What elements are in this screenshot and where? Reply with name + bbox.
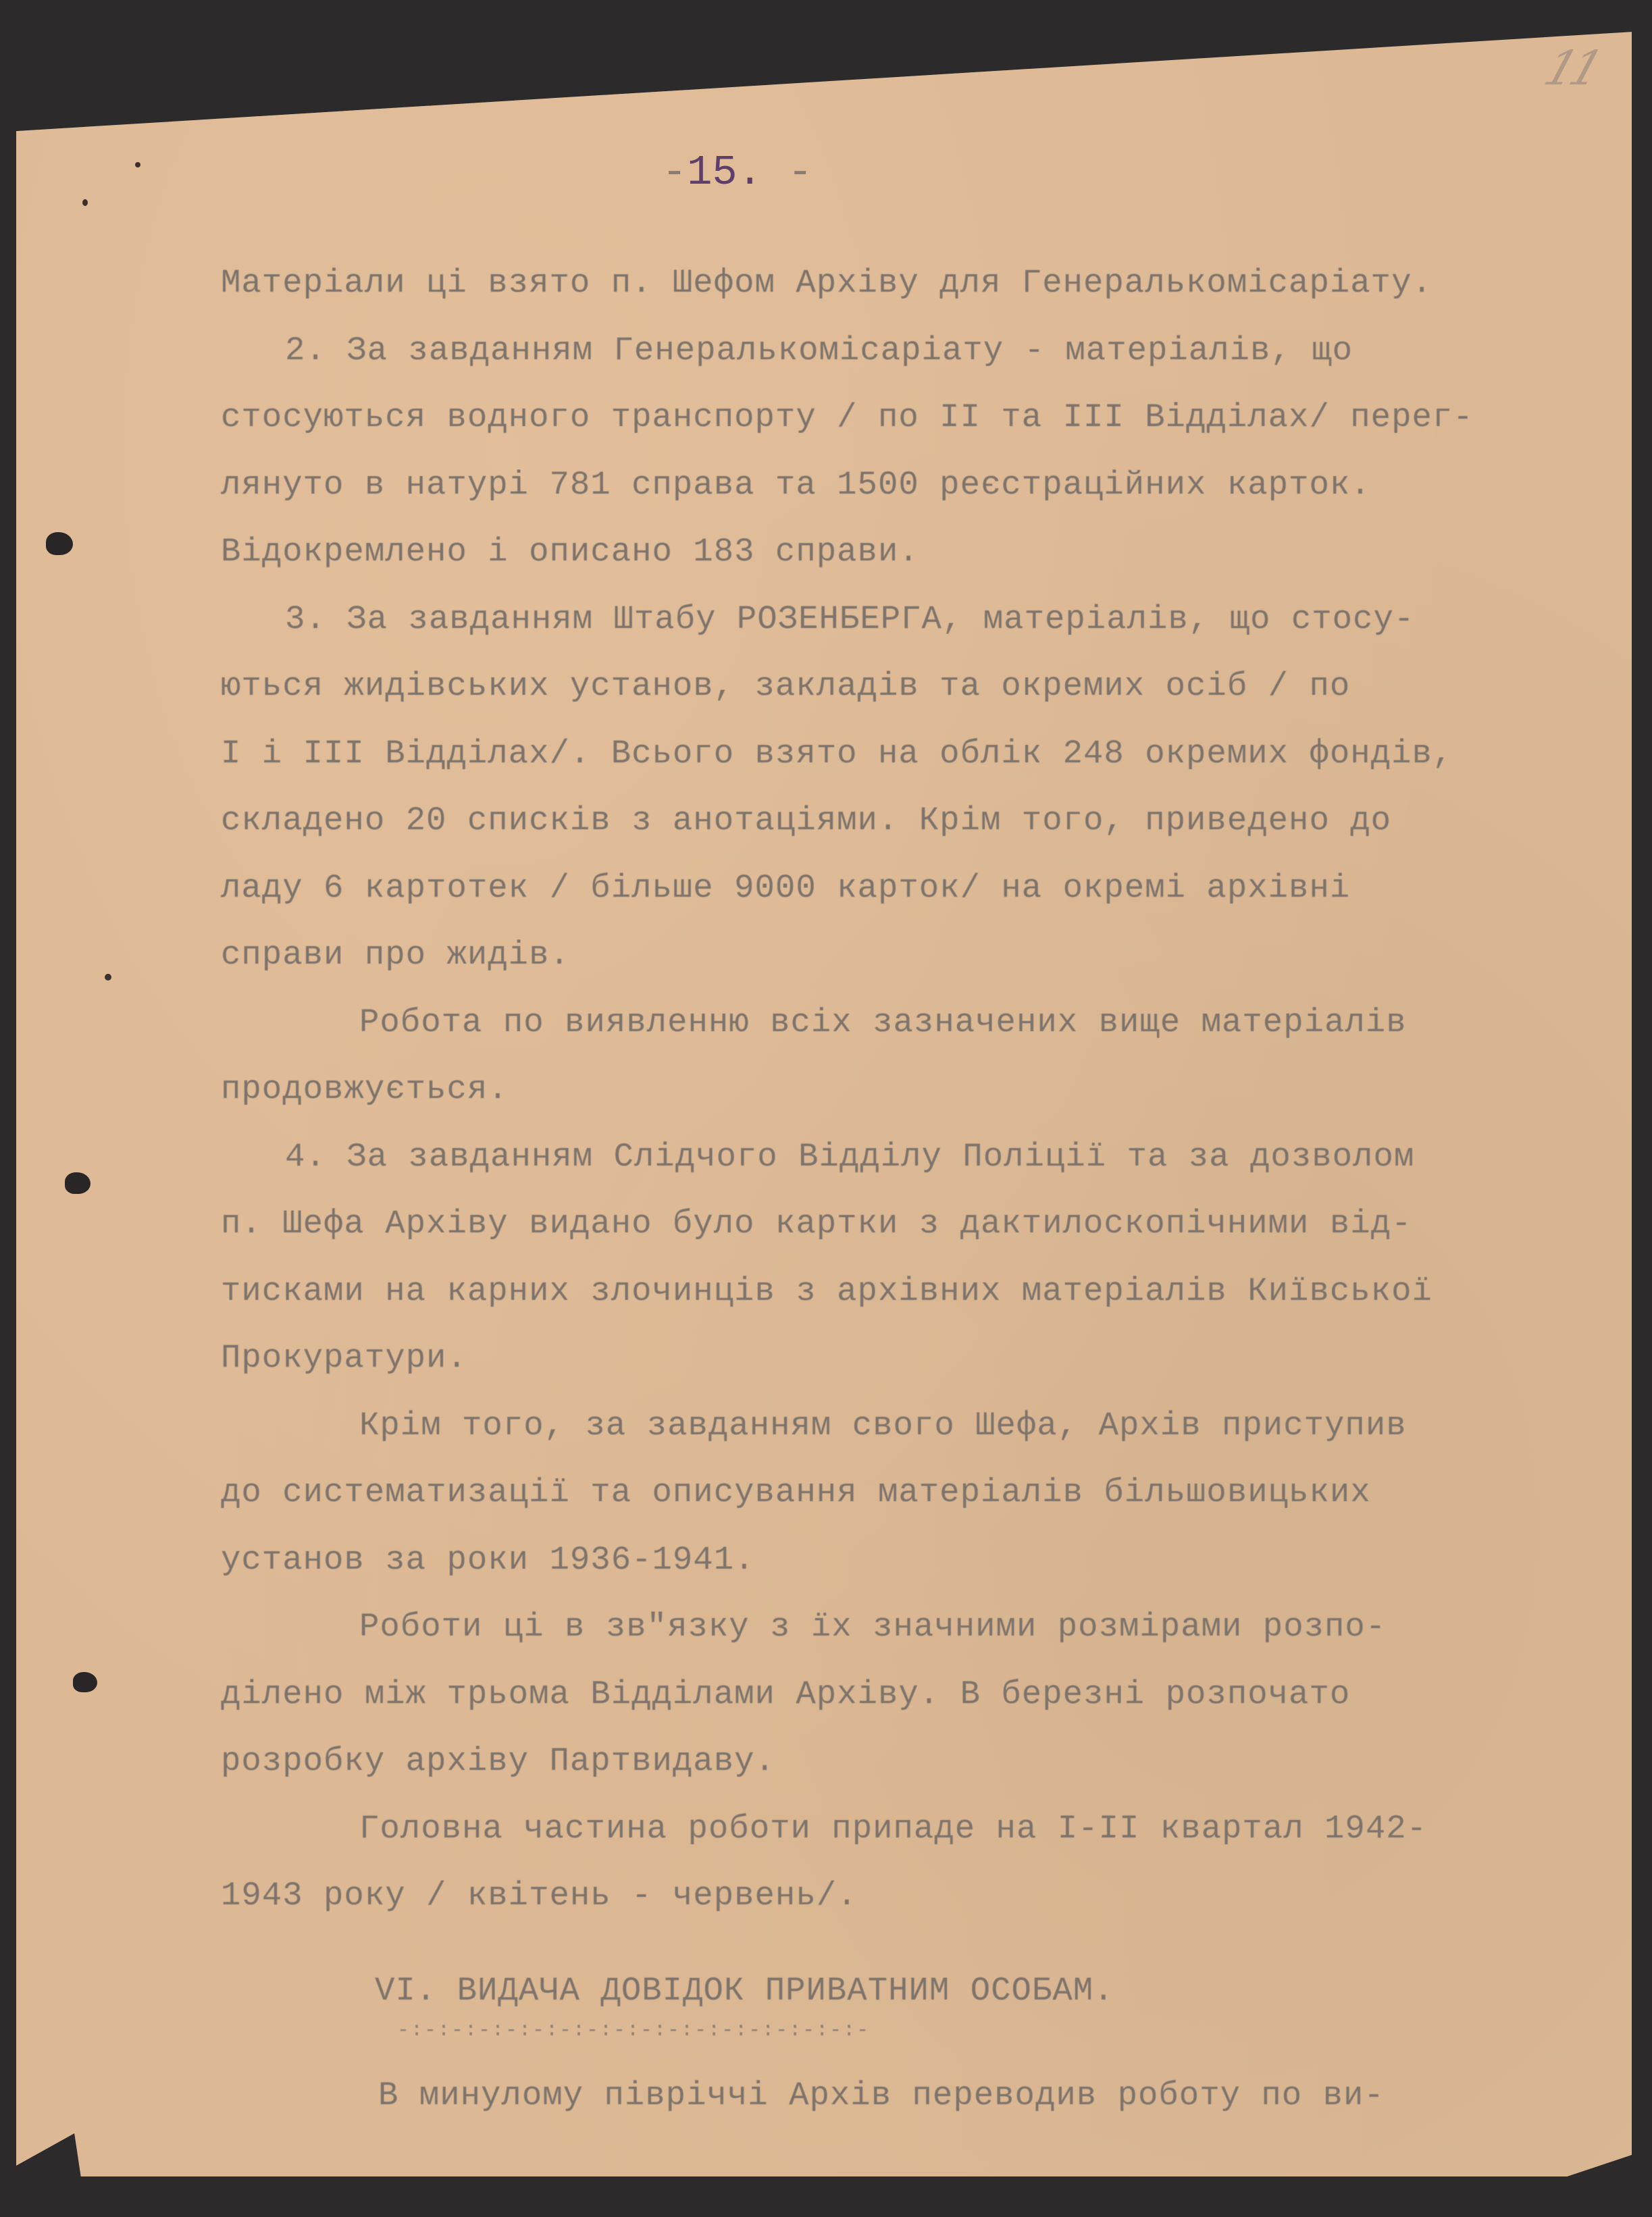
page-number-suffix: -: [788, 149, 812, 197]
binder-hole: [73, 1672, 97, 1692]
text-line: Головна частина роботи припаде на I-II к…: [221, 1796, 1605, 1863]
text-line: справи про жидів.: [221, 922, 1605, 989]
text-line: 3. За завданням Штабу РОЗЕНБЕРГА, матері…: [221, 586, 1605, 654]
page-number: -15. -: [662, 149, 812, 197]
typewritten-body: Матеріали ці взято п. Шефом Архіву для Г…: [221, 250, 1605, 1930]
binder-hole: [65, 1172, 91, 1194]
text-line: 2. За завданням Генералькомісаріату - ма…: [221, 317, 1605, 385]
text-line: лянуто в натурі 781 справа та 1500 реєст…: [221, 452, 1605, 519]
text-line: 4. За завданням Слідчого Відділу Поліції…: [221, 1124, 1605, 1191]
text-line: Матеріали ці взято п. Шефом Архіву для Г…: [221, 250, 1605, 317]
text-line: Роботи ці в зв"язку з їх значними розмір…: [221, 1594, 1605, 1661]
text-line: Крім того, за завданням свого Шефа, Архі…: [221, 1392, 1605, 1460]
paper-speck: [105, 974, 111, 981]
text-line: до систематизації та описування матеріал…: [221, 1459, 1605, 1527]
paper-speck: [135, 162, 140, 167]
text-line: ладу 6 картотек / більше 9000 карток/ на…: [221, 855, 1605, 922]
text-line: п. Шефа Архіву видано було картки з дакт…: [221, 1191, 1605, 1258]
text-line: Відокремлено і описано 183 справи.: [221, 519, 1605, 586]
page-number-value: 15.: [687, 149, 763, 197]
text-line: тисками на карних злочинців з архівних м…: [221, 1258, 1605, 1326]
text-line: Прокуратури.: [221, 1325, 1605, 1392]
text-line: продовжується.: [221, 1056, 1605, 1124]
text-line: ються жидівських установ, закладів та ок…: [221, 653, 1605, 721]
text-line: 1943 року / квітень - червень/.: [221, 1862, 1605, 1930]
text-line: стосуються водного транспорту / по II та…: [221, 384, 1605, 452]
paper-speck: [82, 199, 88, 206]
text-line: ділено між трьома Відділами Архіву. В бе…: [221, 1661, 1605, 1729]
text-line: установ за роки 1936-1941.: [221, 1527, 1605, 1594]
page-number-prefix: -: [662, 149, 687, 197]
text-line: розробку архіву Партвидаву.: [221, 1728, 1605, 1796]
text-line: складено 20 списків з анотаціями. Крім т…: [221, 787, 1605, 855]
text-line: I і III Відділах/. Всього взято на облік…: [221, 721, 1605, 788]
binder-hole: [46, 532, 73, 555]
heading-underline: -:-:-:-:-:-:-:-:-:-:-:-:-:-:-:-:-:-: [397, 2019, 870, 2042]
continuation-line: В минулому півріччі Архів переводив робо…: [378, 2077, 1385, 2114]
text-line: Робота по виявленню всіх зазначених вище…: [221, 989, 1605, 1057]
section-heading: VI. ВИДАЧА ДОВІДОК ПРИВАТНИМ ОСОБАМ.: [375, 1972, 1114, 2010]
